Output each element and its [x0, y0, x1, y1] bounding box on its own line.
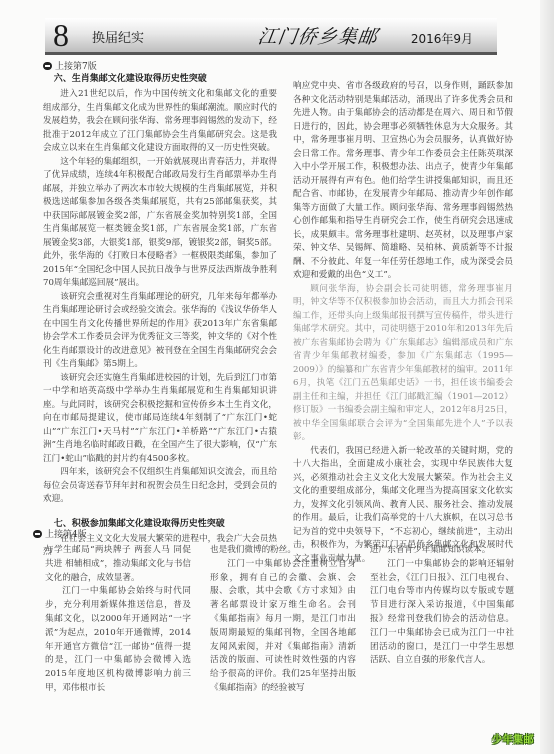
- continued-label: 上接第7版: [55, 59, 97, 72]
- watermark-logo: 少年集邮: [492, 731, 534, 746]
- paragraph: 该研究会重视对生肖集邮理论的研究，几年来每年都举办生肖集邮理论研讨会或经验交流会…: [43, 291, 277, 372]
- paragraph: 该研究会还实施生肖集邮进校园的计划，先后到江门市第一中学和培英高级中学举办生肖集…: [43, 372, 277, 467]
- article-bottom-column-3: 进广东省青少年集邮知识读本。 江门一中集邮协会的影响还辐射至社会，《江门日报》、…: [370, 544, 514, 668]
- section-heading-6: 六、生肖集邮文化建设取得历史性突破: [43, 72, 277, 87]
- paragraph: 江门一中集邮协会始终与时代同步，充分利用新媒体推送信息，普及集邮文化，以2000…: [45, 585, 191, 695]
- paragraph: 也是我们微博的粉丝。: [210, 544, 356, 558]
- masthead-logo: 江门侨乡集邮: [256, 22, 380, 49]
- page-header: 8 换届纪实 江门侨乡集邮 2016年9月: [45, 18, 497, 55]
- issue-date: 2016年9月: [411, 30, 473, 47]
- paragraph: 江门一中集邮协会注重树立自身形象，拥有自己的会徽、会旗、会服、会歌，其中会歌《方…: [210, 558, 356, 696]
- page-edge-shadow: [540, 0, 554, 754]
- continuation-arrow-icon: [33, 530, 42, 538]
- paragraph: 这个年轻的集邮组织，一开始就展现出青春活力，并取得了优异成绩，连续4年积极配合邮…: [43, 156, 277, 291]
- article-left-column: 六、生肖集邮文化建设取得历史性突破 进入21世纪以后，作为中国传统文化和集邮文化…: [43, 72, 277, 560]
- section-name: 换届纪实: [92, 27, 144, 46]
- continued-label: 上接第4版: [45, 527, 87, 540]
- page-number: 8: [53, 18, 69, 52]
- paragraph: 顾问张华海，协会副会长司徒明德，常务理事崔月明，钟文华等不仅积极参加协会活动，而…: [293, 283, 513, 445]
- continued-from-page-4: 上接第4版: [33, 527, 87, 540]
- continued-from-page-7: 上接第7版: [43, 59, 97, 72]
- paragraph: 四年来，该研究会不仅组织生肖集邮知识交流会，而且给每位会员寄送春节拜年封和祝贺会…: [43, 466, 277, 507]
- article-bottom-column-2: 也是我们微博的粉丝。 江门一中集邮协会注重树立自身形象，拥有自己的会徽、会旗、会…: [210, 544, 356, 696]
- paragraph: 进广东省青少年集邮知识读本。: [370, 544, 514, 558]
- paragraph: 与学生邮局“两块牌子 两套人马 同促共进 相辅相成”，推动集邮文化与书信文化的融…: [45, 544, 191, 585]
- article-right-column: 响应党中央、省市各级政府的号召，以身作则，踊跃参加各种文化活动特别是集邮活动，涌…: [293, 80, 513, 566]
- paragraph: 响应党中央、省市各级政府的号召，以身作则，踊跃参加各种文化活动特别是集邮活动，涌…: [293, 80, 513, 283]
- continuation-arrow-icon: [43, 62, 52, 70]
- article-bottom-column-1: 与学生邮局“两块牌子 两套人马 同促共进 相辅相成”，推动集邮文化与书信文化的融…: [45, 544, 191, 696]
- paragraph: 江门一中集邮协会的影响还辐射至社会，《江门日报》、江门电视台、江门电台等市内传媒…: [370, 558, 514, 668]
- paragraph: 进入21世纪以后，作为中国传统文化和集邮文化的重要组成部分，生肖集邮文化成为世界…: [43, 88, 277, 156]
